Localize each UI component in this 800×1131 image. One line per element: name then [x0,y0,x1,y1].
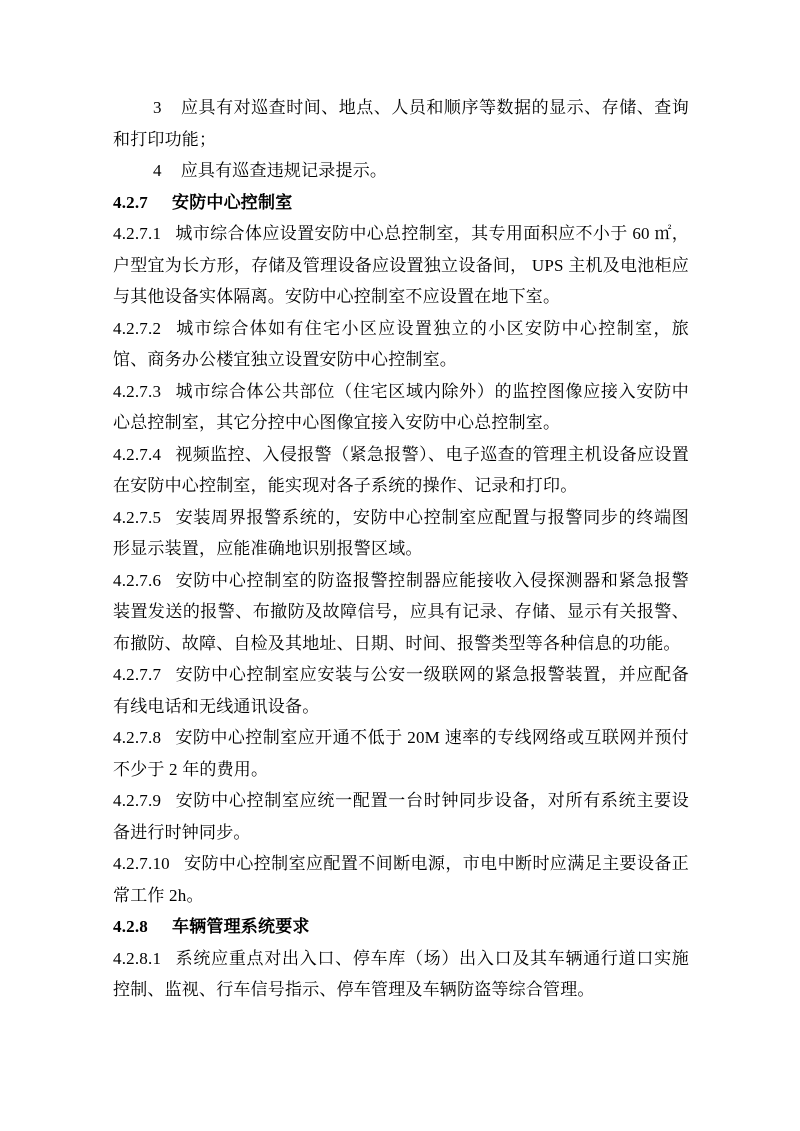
clause-paragraph: 4.2.7.3城市综合体公共部位（住宅区域内除外）的监控图像应接入安防中心总控制… [113,376,689,439]
clause-number: 4.2.8.1 [113,949,161,968]
list-item-number: 4 [153,161,162,180]
clause-text: 安装周界报警系统的，安防中心控制室应配置与报警同步的终端图形显示装置，应能准确地… [113,508,689,559]
clause-number: 4.2.7.4 [113,445,161,464]
list-item: 4应具有巡查违规记录提示。 [113,155,689,187]
clause-paragraph: 4.2.8.1系统应重点对出入口、停车库（场）出入口及其车辆通行道口实施控制、监… [113,943,689,1006]
clause-number: 4.2.7.2 [113,319,161,338]
clause-paragraph: 4.2.7.1城市综合体应设置安防中心总控制室，其专用面积应不小于 60 ㎡，户… [113,218,689,313]
clause-number: 4.2.7.5 [113,508,161,527]
clause-number: 4.2.7.10 [113,854,170,873]
list-item-text: 应具有巡查违规记录提示。 [181,161,387,180]
clause-number: 4.2.7.7 [113,665,161,684]
clause-number: 4.2.7.3 [113,382,161,401]
list-item-text: 应具有对巡查时间、地点、人员和顺序等数据的显示、存储、查询和打印功能； [113,98,689,149]
clause-number: 4.2.7.9 [113,791,161,810]
section-number: 4.2.8 [113,917,148,936]
clause-text: 城市综合体公共部位（住宅区域内除外）的监控图像应接入安防中心总控制室，其它分控中… [113,382,689,433]
clause-paragraph: 4.2.7.4视频监控、入侵报警（紧急报警）、电子巡查的管理主机设备应设置在安防… [113,439,689,502]
clause-number: 4.2.7.8 [113,728,161,747]
list-item-number: 3 [153,98,162,117]
clause-text: 城市综合体如有住宅小区应设置独立的小区安防中心控制室，旅馆、商务办公楼宜独立设置… [113,319,689,370]
clause-paragraph: 4.2.7.10安防中心控制室应配置不间断电源，市电中断时应满足主要设备正常工作… [113,848,689,911]
clause-paragraph: 4.2.7.6安防中心控制室的防盗报警控制器应能接收入侵探测器和紧急报警装置发送… [113,565,689,660]
clause-text: 安防中心控制室的防盗报警控制器应能接收入侵探测器和紧急报警装置发送的报警、布撤防… [113,571,689,653]
clause-paragraph: 4.2.7.8安防中心控制室应开通不低于 20M 速率的专线网络或互联网并预付不… [113,722,689,785]
section-number: 4.2.7 [113,193,148,212]
section-heading: 4.2.8车辆管理系统要求 [113,911,689,943]
clause-text: 城市综合体应设置安防中心总控制室，其专用面积应不小于 60 ㎡，户型宜为长方形，… [113,224,689,306]
clause-paragraph: 4.2.7.9安防中心控制室应统一配置一台时钟同步设备，对所有系统主要设备进行时… [113,785,689,848]
list-item: 3应具有对巡查时间、地点、人员和顺序等数据的显示、存储、查询和打印功能； [113,92,689,155]
document-page: 3应具有对巡查时间、地点、人员和顺序等数据的显示、存储、查询和打印功能； 4应具… [0,0,800,1131]
section-heading: 4.2.7安防中心控制室 [113,187,689,219]
section-title: 车辆管理系统要求 [172,917,310,936]
clause-text: 视频监控、入侵报警（紧急报警）、电子巡查的管理主机设备应设置在安防中心控制室，能… [113,445,689,496]
clause-paragraph: 4.2.7.7安防中心控制室应安装与公安一级联网的紧急报警装置，并应配备有线电话… [113,659,689,722]
clause-paragraph: 4.2.7.2城市综合体如有住宅小区应设置独立的小区安防中心控制室，旅馆、商务办… [113,313,689,376]
clause-text: 安防中心控制室应配置不间断电源，市电中断时应满足主要设备正常工作 2h。 [113,854,689,905]
clause-text: 安防中心控制室应开通不低于 20M 速率的专线网络或互联网并预付不少于 2 年的… [113,728,689,779]
section-title: 安防中心控制室 [172,193,292,212]
clause-text: 系统应重点对出入口、停车库（场）出入口及其车辆通行道口实施控制、监视、行车信号指… [113,949,689,1000]
clause-paragraph: 4.2.7.5安装周界报警系统的，安防中心控制室应配置与报警同步的终端图形显示装… [113,502,689,565]
clause-number: 4.2.7.6 [113,571,161,590]
document-body: 3应具有对巡查时间、地点、人员和顺序等数据的显示、存储、查询和打印功能； 4应具… [113,92,689,1006]
clause-text: 安防中心控制室应统一配置一台时钟同步设备，对所有系统主要设备进行时钟同步。 [113,791,689,842]
clause-number: 4.2.7.1 [113,224,161,243]
clause-text: 安防中心控制室应安装与公安一级联网的紧急报警装置，并应配备有线电话和无线通讯设备… [113,665,689,716]
